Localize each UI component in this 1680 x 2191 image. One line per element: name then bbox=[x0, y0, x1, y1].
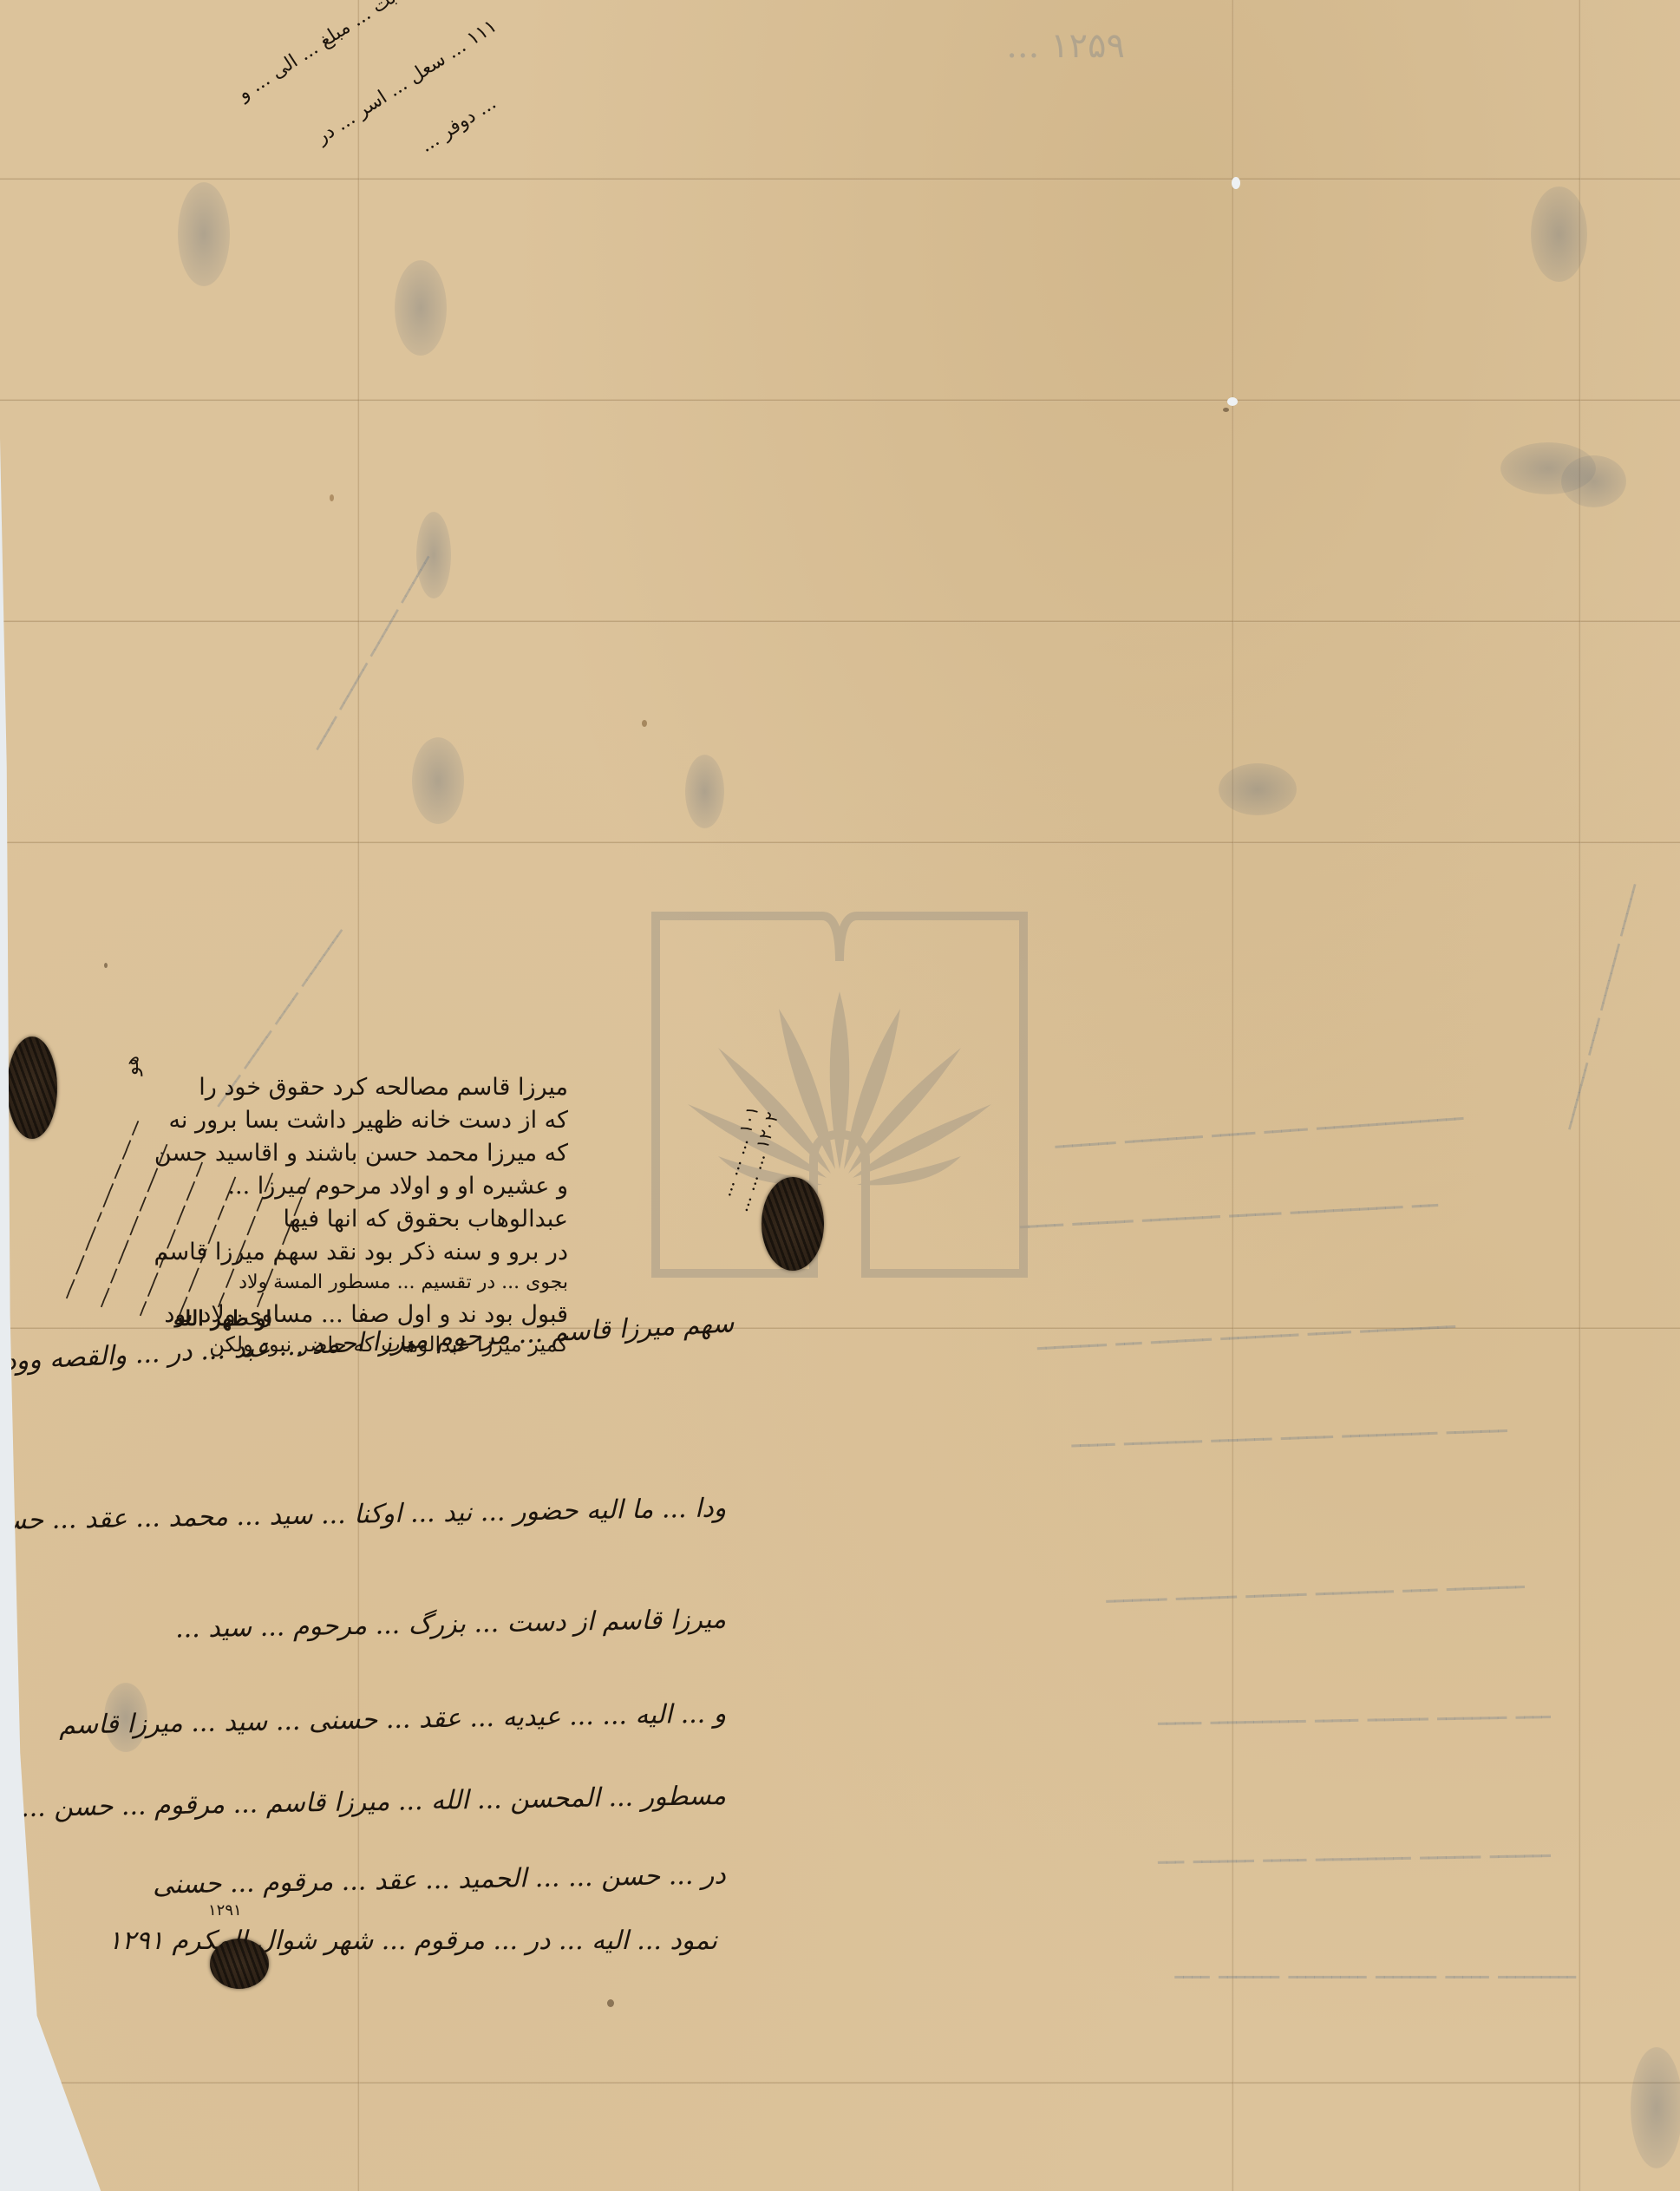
paper-hole bbox=[1227, 397, 1238, 406]
ink-dot bbox=[607, 1999, 614, 2007]
margin-line: که از دست خانه ظهیر داشت بسا برور نه bbox=[168, 1109, 568, 1132]
main-text-line: مسطور ... المحسن ... الله ... میرزا قاسم… bbox=[21, 1781, 727, 1823]
main-text-line: ودا ... ما الیه حضور ... نید ... اوکنا .… bbox=[0, 1493, 726, 1538]
margin-line: میرزا قاسم مصالحه کرد حقوق خود را bbox=[199, 1076, 568, 1099]
ghost-text: ـــــــ ـــــــــــ ــــــ ـــــــ ـــــ… bbox=[1070, 1405, 1507, 1455]
main-text-line: در ... حسن ... ... الحمید ... عقد ... مر… bbox=[153, 1860, 726, 1900]
ghost-seal bbox=[1631, 2047, 1680, 2168]
margin-line: که میرزا محمد حسن باشند و اقاسید حسن bbox=[154, 1141, 568, 1165]
stain bbox=[1223, 408, 1229, 412]
main-text-line: و ... الیه ... ... عیدیه ... عقد ... حسن… bbox=[59, 1698, 727, 1740]
fold-line bbox=[0, 620, 1680, 623]
left-margin-seal bbox=[7, 1037, 57, 1139]
ghost-seal bbox=[395, 260, 447, 356]
ghost-text: ـــــــــ ـــــ ـــــــ ـــــــــ ــــــ… bbox=[1175, 1952, 1576, 1986]
ghost-text: ـــــــ ـــــــ ـــــــــــ ـــــ ــــــ… bbox=[1157, 1830, 1550, 1872]
stain bbox=[104, 963, 108, 968]
ghost-text: ـــــــــ ــــ ـــــــــ ـــــــ ـــــــ… bbox=[1105, 1561, 1524, 1611]
ghost-seal bbox=[178, 182, 230, 286]
fold-line bbox=[0, 399, 1680, 402]
ghost-text: ـــــــ ـــــــ ـــــــ ـــــ bbox=[297, 546, 435, 754]
ghost-seal bbox=[412, 737, 464, 824]
fold-line bbox=[0, 841, 1680, 844]
margin-side-note: او ظهر الله bbox=[173, 1305, 271, 1331]
margin-line: در برو و سنه ذکر بود نقد سهم میرزا قاسم bbox=[154, 1240, 568, 1264]
margin-line: و عشیره او و اولاد مرحوم میرزا ... bbox=[227, 1174, 568, 1198]
fold-line bbox=[0, 2082, 1680, 2084]
date-note: ۱۲۹۱ bbox=[208, 1901, 242, 1920]
manuscript-page: ـــــــــــــــــ ـــــ ـــــ ـــــــــ … bbox=[0, 0, 1680, 2191]
ghost-seal bbox=[1219, 763, 1297, 815]
margin-heading-mark: هو bbox=[121, 1056, 143, 1076]
fold-line bbox=[0, 178, 1680, 180]
ghost-seal bbox=[1561, 455, 1626, 507]
ghost-seal bbox=[1531, 186, 1587, 282]
paper-hole bbox=[1232, 177, 1240, 189]
center-seal bbox=[762, 1177, 824, 1271]
margin-line: بجوی ... در تقسیم ... مسطور المسة ولاد bbox=[239, 1273, 568, 1292]
ghost-text: ـــ ـــــــــــــ ــــــ ـــــــــ ـــــ… bbox=[1018, 1180, 1438, 1236]
ghost-text: ـــــــــــــــــ ـــــ ـــــ ـــــــــ … bbox=[1054, 1093, 1464, 1156]
ghost-stamp: ۱۲۵۹ ... bbox=[1006, 26, 1125, 66]
bottom-seal bbox=[210, 1939, 269, 1989]
margin-line: عبدالوهاب بحقوق که انها فیها bbox=[283, 1207, 568, 1231]
main-text-line: میرزا قاسم از دست ... بزرگ ... مرحوم ...… bbox=[175, 1604, 727, 1644]
top-note-line: ... دوفر ... bbox=[416, 92, 500, 157]
library-tree-logo-watermark bbox=[649, 909, 1030, 1280]
main-text-line: نمود ... الیه ... در ... مرقوم ... شهر ش… bbox=[108, 1926, 717, 1956]
ghost-text: ــــ ــــــــ ـــــــ ـــــ ـــــــــــ … bbox=[1157, 1691, 1550, 1733]
stain bbox=[330, 494, 334, 501]
top-note: ... دوفر ... bbox=[416, 92, 500, 157]
ghost-text: ـــــــــــ ـــــ ـــــــــ ـــــــ ـــ … bbox=[1036, 1301, 1455, 1357]
ghost-text: ـــــــ ـــــــــ ـــــ ـــــــــ bbox=[1547, 879, 1642, 1131]
ghost-seal bbox=[685, 755, 724, 828]
stain bbox=[642, 720, 647, 727]
